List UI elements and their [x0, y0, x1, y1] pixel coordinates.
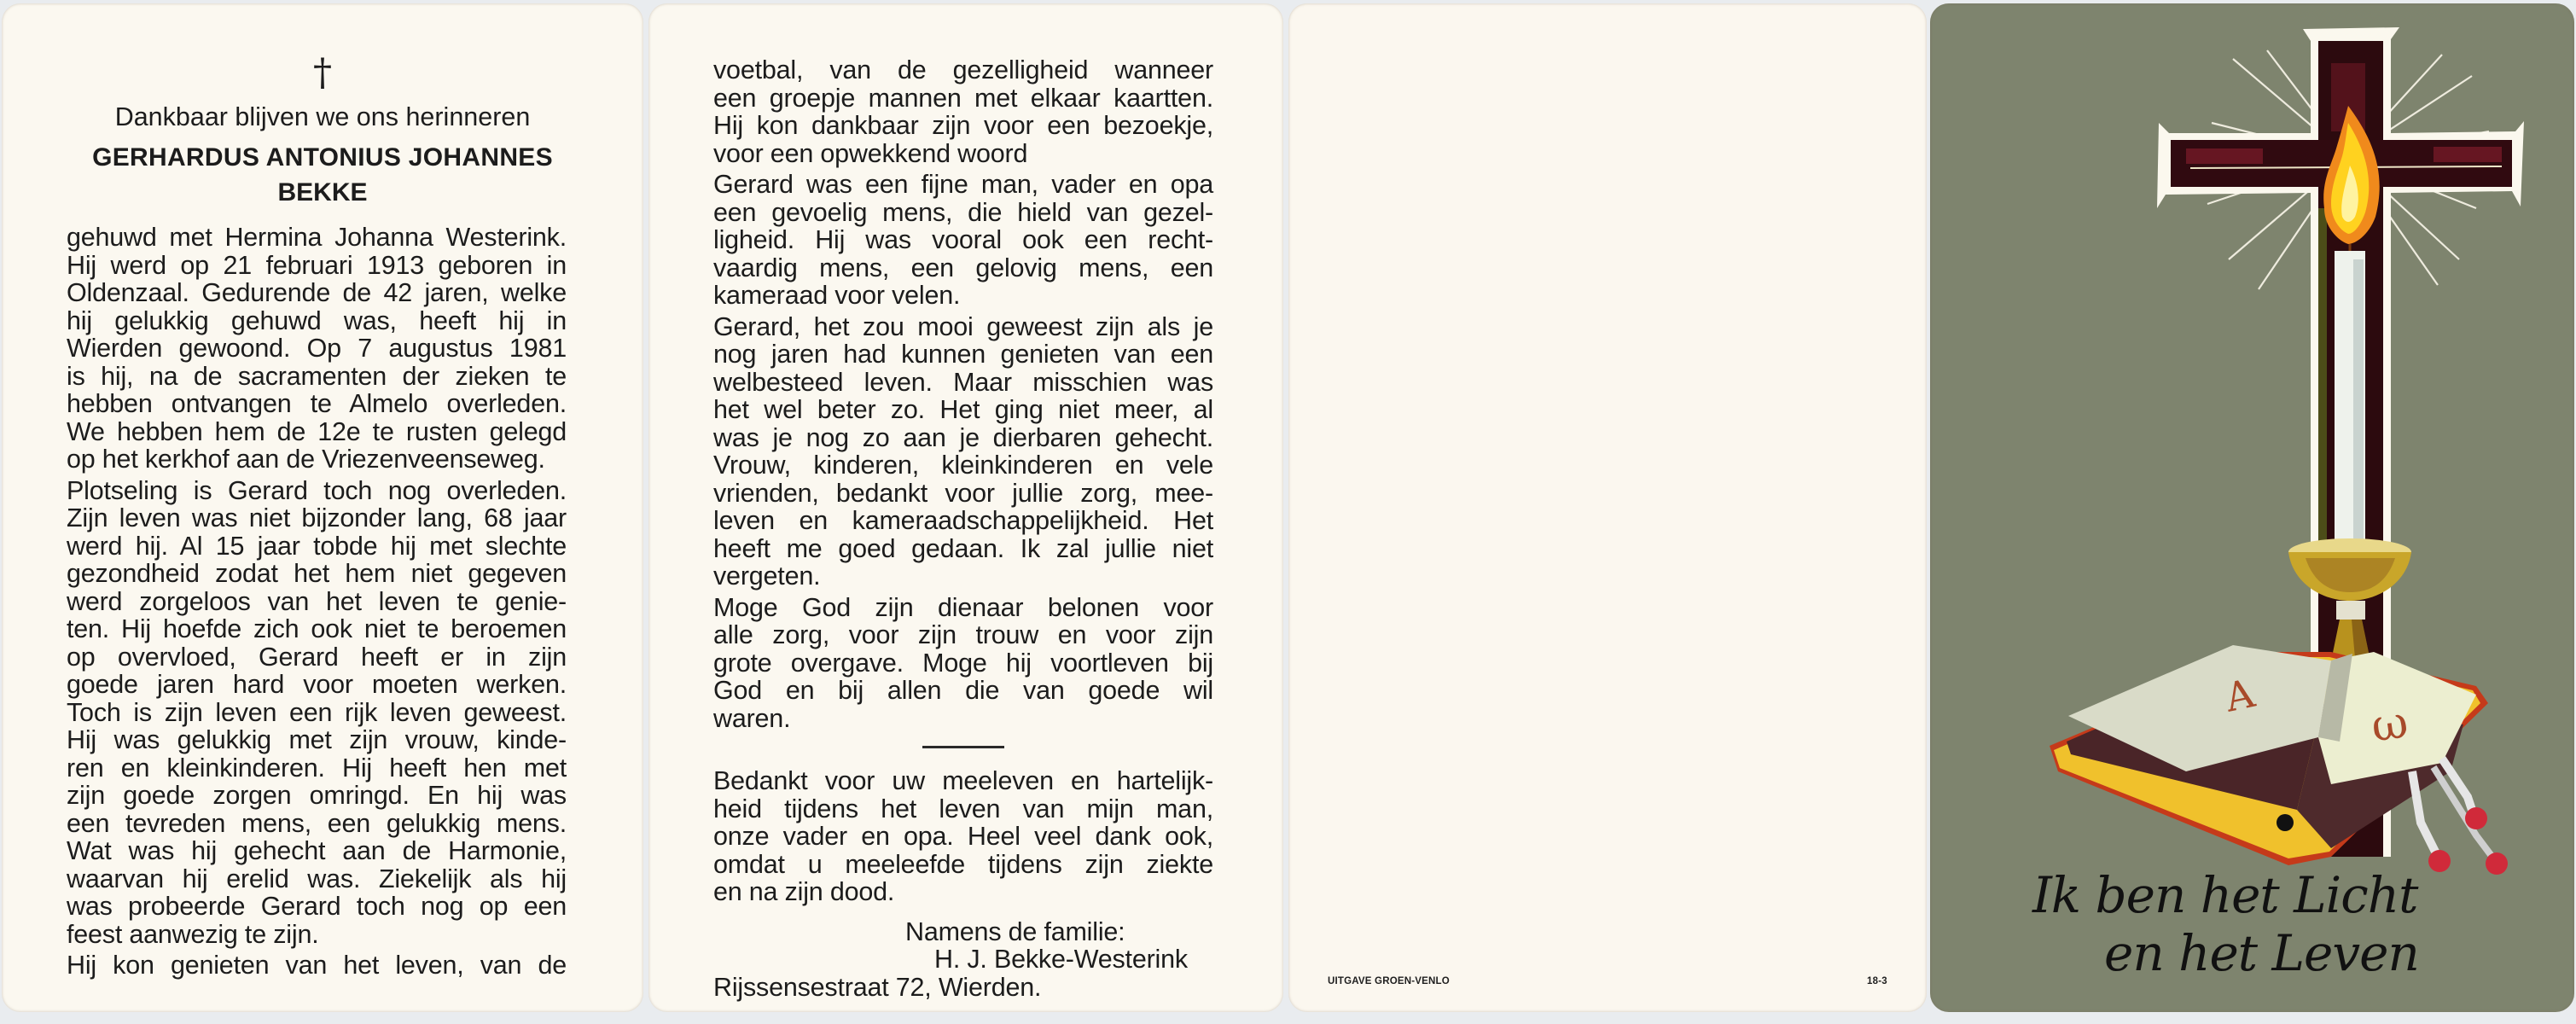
cross-icon: †: [2, 55, 643, 92]
family-address: Rijssensestraat 72, Wierden.: [713, 974, 1213, 1002]
biography-text: gehuwd met Hermina Johanna Westerink.Hij…: [67, 224, 567, 980]
text-line: ligheid. Hij was vooral ook een recht-: [713, 226, 1213, 254]
text-line: een tevreden mens, een gelukkig mens.: [67, 810, 567, 838]
text-line: waren.: [713, 705, 1213, 733]
text-line: is hij, na de sacramenten der zieken te: [67, 363, 567, 391]
thanks-paragraph: Bedankt voor uw meeleven en hartelijk-he…: [713, 767, 1213, 906]
text-line: het wel beter zo. Het ging niet meer, al: [713, 396, 1213, 424]
text-line: Hij kon dankbaar zijn voor een bezoekje,: [713, 112, 1213, 140]
front-illustration: Α ω: [1930, 3, 2574, 1012]
text-line: was probeerde Gerard toch nog op een: [67, 893, 567, 921]
text-line: werd zorgeloos van het leven te genie-: [67, 588, 567, 616]
text-line: gezondheid zodat het hem niet gegeven: [67, 560, 567, 588]
card-panel-back: UITGAVE GROEN-VENLO 18-3: [1288, 3, 1927, 1012]
text-line: vergeten.: [713, 562, 1213, 591]
text-line: onze vader en opa. Heel veel dank ook,: [713, 823, 1213, 851]
text-line: zijn goede zorgen omringd. En hij was: [67, 782, 567, 810]
text-line: welbesteed leven. Maar misschien was: [713, 369, 1213, 397]
text-line: ren en kleinkinderen. Hij heeft hen met: [67, 754, 567, 783]
signature-name: H. J. Bekke-Westerink: [713, 945, 1213, 974]
text-line: We hebben hem de 12e te rusten gelegd: [67, 418, 567, 446]
text-line: een groepje mannen met elkaar kaartten.: [713, 84, 1213, 113]
publisher-imprint: UITGAVE GROEN-VENLO: [1328, 976, 1450, 986]
text-line: Moge God zijn dienaar belonen voor: [713, 594, 1213, 622]
text-line: Bedankt voor uw meeleven en hartelijk-: [713, 767, 1213, 795]
text-line: vaardig mens, een gelovig mens, een: [713, 254, 1213, 282]
text-line: Plotseling is Gerard toch nog overleden.: [67, 477, 567, 505]
card-panel-front: Α ω Ik ben het Licht en het Leven: [1930, 3, 2574, 1012]
text-line: op overvloed, Gerard heeft er in zijn: [67, 643, 567, 672]
signature-label: Namens de familie:: [713, 918, 1213, 946]
card-panel-left: † Dankbaar blijven we ons herinneren GER…: [2, 3, 643, 1012]
candle-icon: [2335, 244, 2365, 545]
text-line: nog jaren had kunnen genieten van een: [713, 340, 1213, 369]
text-line: omdat u meeleefde tijdens zijn ziekte: [713, 851, 1213, 879]
text-line: hij gelukkig gehuwd was, heeft hij in: [67, 307, 567, 335]
text-line: Wierden gewoond. Op 7 augustus 1981: [67, 335, 567, 363]
divider-line: [922, 746, 1004, 748]
motto-line-2: en het Leven: [2104, 928, 2419, 979]
deceased-surname: BEKKE: [2, 178, 643, 207]
text-line: vrienden, bedankt voor jullie zorg, mee-: [713, 480, 1213, 508]
text-line: alle zorg, voor zijn trouw en voor zijn: [713, 621, 1213, 649]
text-line: ten. Hij hoefde zich ook niet te beroeme…: [67, 615, 567, 643]
text-line: grote overgave. Moge hij voortleven bij: [713, 649, 1213, 678]
text-line: Gerard, het zou mooi geweest zijn als je: [713, 313, 1213, 341]
card-code: 18-3: [1867, 976, 1887, 986]
card-panel-middle: voetbal, van de gezelligheid wanneereen …: [648, 3, 1283, 1012]
motto-line-1: Ik ben het Licht: [2032, 870, 2417, 921]
text-line: heid tijdens het leven van mijn man,: [713, 795, 1213, 823]
text-line: Hij werd op 21 februari 1913 geboren in: [67, 252, 567, 280]
text-line: heeft me goed gedaan. Ik zal jullie niet: [713, 535, 1213, 563]
text-line: Hij was gelukkig met zijn vrouw, kinde-: [67, 726, 567, 754]
text-line: waarvan hij erelid was. Ziekelijk als hi…: [67, 865, 567, 893]
deceased-name: GERHARDUS ANTONIUS JOHANNES: [2, 143, 643, 172]
tribute-paragraphs: voetbal, van de gezelligheid wanneereen …: [713, 56, 1213, 732]
text-line: was je nog zo aan je dierbaren gehecht.: [713, 424, 1213, 452]
text-line: kameraad voor velen.: [713, 282, 1213, 310]
text-line: hebben ontvangen te Almelo overleden.: [67, 390, 567, 418]
text-line: leven en kameraadschappelijkheid. Het: [713, 507, 1213, 535]
text-line: Oldenzaal. Gedurende de 42 jaren, welke: [67, 279, 567, 307]
text-line: feest aanwezig te zijn.: [67, 921, 567, 949]
text-line: Zijn leven was niet bijzonder lang, 68 j…: [67, 504, 567, 532]
text-line: voor een opwekkend woord: [713, 140, 1213, 168]
text-line: Toch is zijn leven een rijk leven gewees…: [67, 699, 567, 727]
text-line: Gerard was een fijne man, vader en opa: [713, 171, 1213, 199]
text-line: Wat was hij gehecht aan de Harmonie,: [67, 837, 567, 865]
text-line: en na zijn dood.: [713, 878, 1213, 906]
text-line: een gevoelig mens, die hield van gezel-: [713, 199, 1213, 227]
text-line: voetbal, van de gezelligheid wanneer: [713, 56, 1213, 84]
text-line: Hij kon genieten van het leven, van de: [67, 951, 567, 980]
intro-line: Dankbaar blijven we ons herinneren: [2, 102, 643, 132]
text-line: God en bij allen die van goede wil: [713, 677, 1213, 705]
text-line: Vrouw, kinderen, kleinkinderen en vele: [713, 451, 1213, 480]
tribute-text: voetbal, van de gezelligheid wanneereen …: [713, 56, 1213, 1001]
text-line: goede jaren hard voor moeten werken.: [67, 671, 567, 699]
text-line: op het kerkhof aan de Vriezenveenseweg.: [67, 445, 567, 474]
omega-symbol: ω: [2368, 697, 2410, 753]
text-line: werd hij. Al 15 jaar tobde hij met slech…: [67, 532, 567, 561]
text-line: gehuwd met Hermina Johanna Westerink.: [67, 224, 567, 252]
